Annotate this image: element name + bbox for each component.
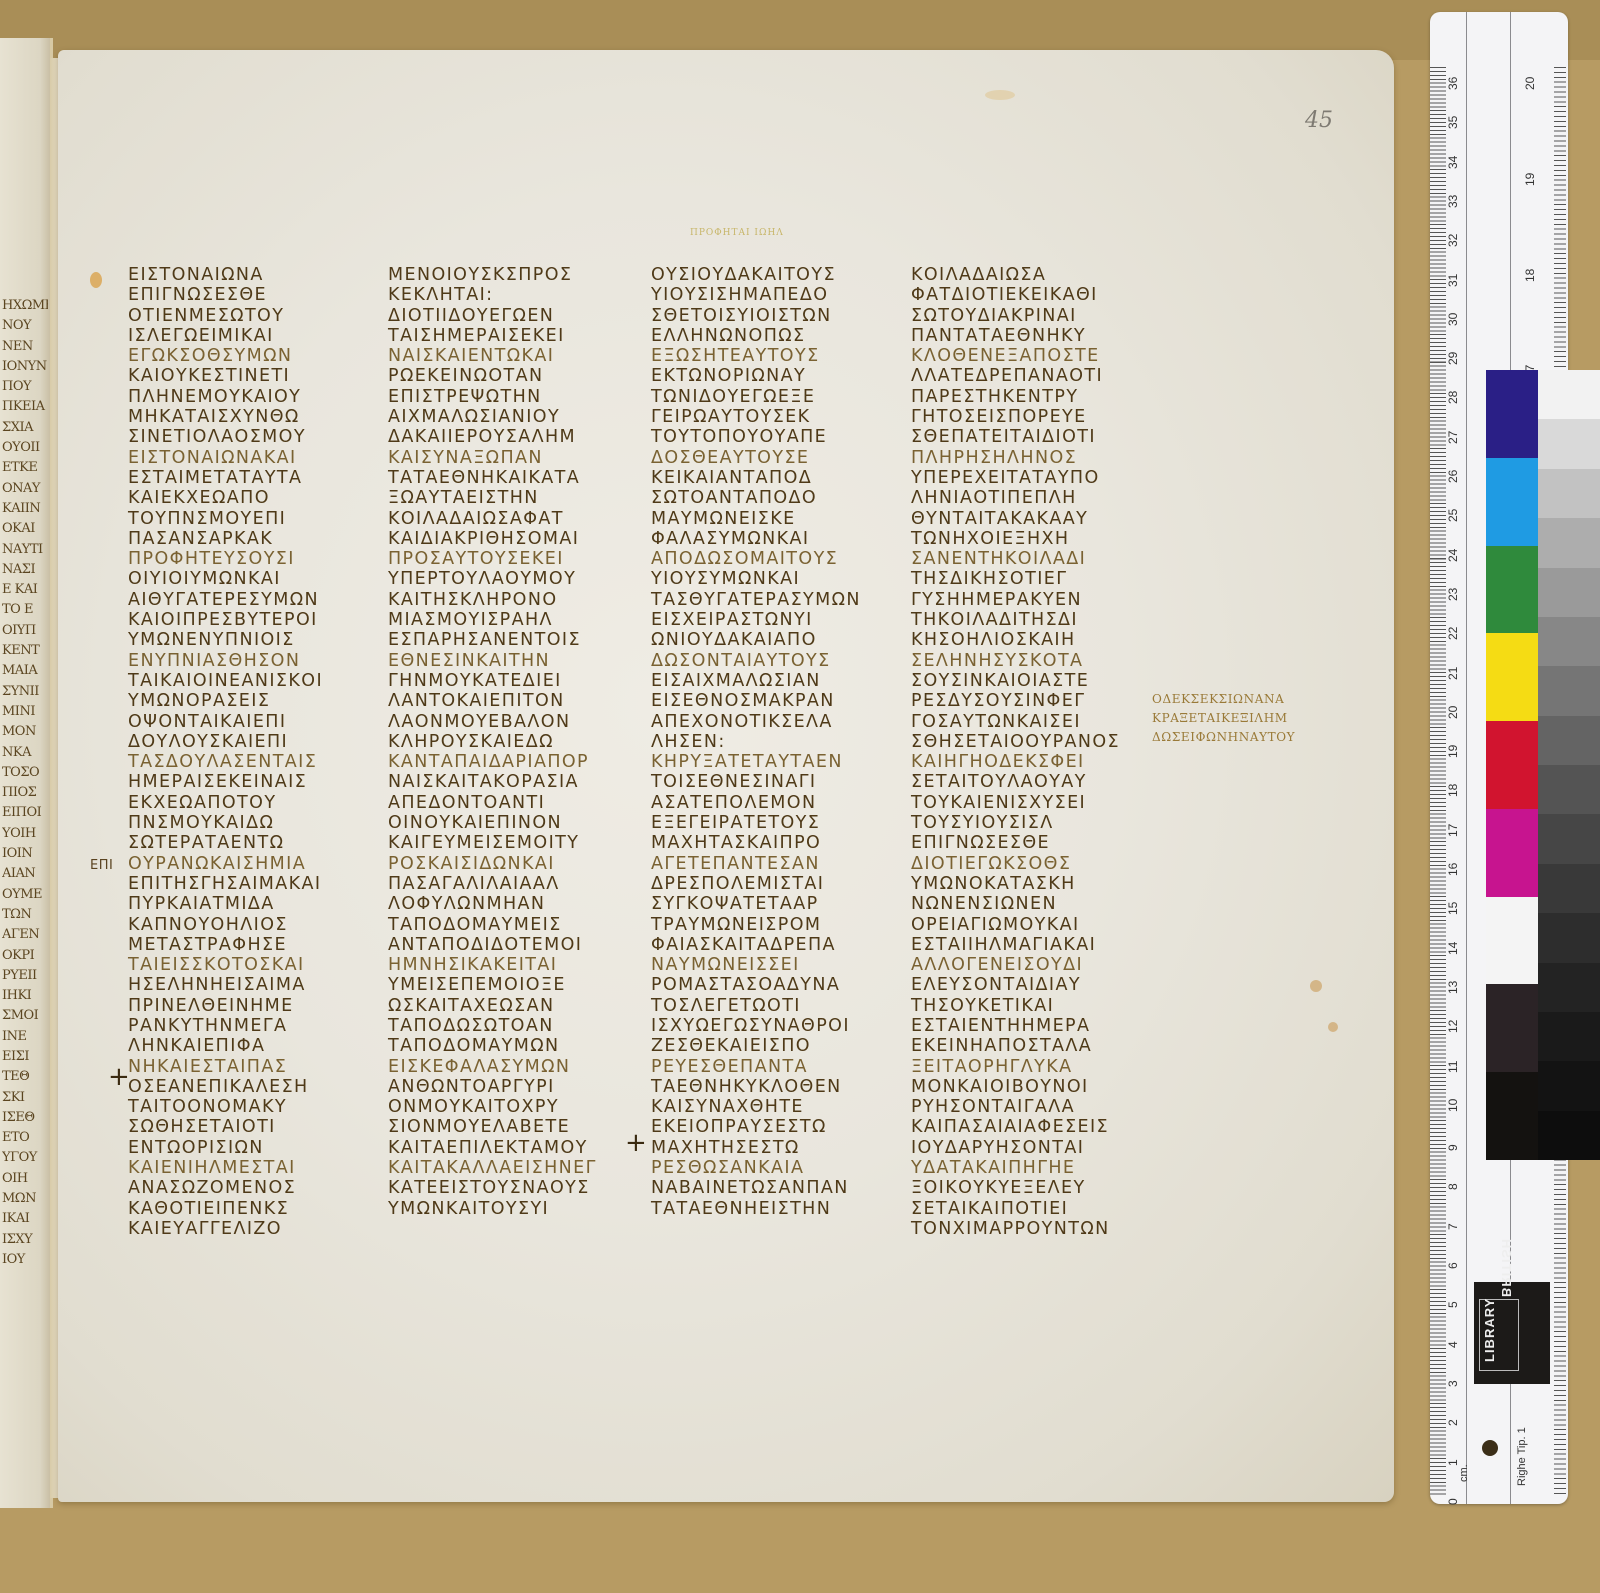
ruler-cm-label: 13: [1446, 981, 1460, 994]
ruler-cm-label: 15: [1446, 902, 1460, 915]
ruler-inch-label: 20: [1523, 77, 1537, 90]
logo-text-british: BRITISH: [1499, 1238, 1514, 1297]
text-line: ΕΣΠΑΡΗΣΑΝΕΝΤΟΙΣ: [388, 630, 648, 650]
facing-text-line: ΣΥΝΙΙ: [2, 682, 48, 702]
text-line: ΑΣΑΤΕΠΟΛΕΜΟΝ: [651, 793, 911, 813]
ruler-cm-label: 21: [1446, 666, 1460, 679]
ruler-cm-label: 24: [1446, 548, 1460, 561]
text-line: ΤΑΙΕΙΣΣΚΟΤΟΣΚΑΙ: [128, 955, 388, 975]
ruler-cm-label: 0: [1446, 1498, 1460, 1505]
text-line: ΤΑΕΘΝΗΚΥΚΛΟΘΕΝ: [651, 1077, 911, 1097]
text-line: ΝΑΙΣΚΑΙΤΑΚΟΡΑΣΙΑ: [388, 772, 648, 792]
facing-text-line: ΕΤΟ: [2, 1128, 48, 1148]
text-line: ΔΑΚΑΙΙΕΡΟΥΣΑΛΗΜ: [388, 427, 648, 447]
text-line: ΓΗΝΜΟΥΚΑΤΕΔΙΕΙ: [388, 671, 648, 691]
stain: [985, 90, 1015, 100]
text-line: ΡΕΥΕΣΘΕΠΑΝΤΑ: [651, 1057, 911, 1077]
text-line: ΤΟΙΣΕΘΝΕΣΙΝΑΓΙ: [651, 772, 911, 792]
color-swatch: [1486, 458, 1538, 546]
text-line: ΤΩΝΗΧΟΙΕΞΗΧΗ: [911, 529, 1171, 549]
facing-text-line: ΤΩΝ: [2, 905, 48, 925]
text-line: ΣΩΤΕΡΑΤΑΕΝΤΩ: [128, 833, 388, 853]
text-line: ΚΑΘΟΤΙΕΙΠΕΝΚΣ: [128, 1199, 388, 1219]
text-line: ΥΜΩΝΟΡΑΣΕΙΣ: [128, 691, 388, 711]
margin-note-line: ΟΔΕΚΣΕΚΣΙΩΝΑΝΑ: [1152, 690, 1295, 709]
text-line: ΚΟΙΛΑΔΑΙΩΣΑΦΑΤ: [388, 509, 648, 529]
text-line: ΠΝΣΜΟΥΚΑΙΔΩ: [128, 813, 388, 833]
text-line: ΤΩΝΙΔΟΥΕΓΩΕΞΕ: [651, 387, 911, 407]
facing-text-line: ΙΚΑΙ: [2, 1209, 48, 1229]
facing-text-line: Ε ΚΑΙ: [2, 580, 48, 600]
text-line: ΟΝΜΟΥΚΑΙΤΟΧΡΥ: [388, 1097, 648, 1117]
text-line: ΔΟΥΛΟΥΣΚΑΙΕΠΙ: [128, 732, 388, 752]
text-line: ΤΑΣΔΟΥΛΑΣΕΝΤΑΙΣ: [128, 752, 388, 772]
text-line: ΥΜΩΝΚΑΙΤΟΥΣΥΙ: [388, 1199, 648, 1219]
facing-text-line: ΟΥΟΙΙ: [2, 438, 48, 458]
facing-text-line: ΙΗΚΙ: [2, 986, 48, 1006]
text-line: ΠΡΟΦΗΤΕΥΣΟΥΣΙ: [128, 549, 388, 569]
text-line: ΘΥΝΤΑΙΤΑΚΑΚΑΑΥ: [911, 509, 1171, 529]
grey-step: [1538, 1111, 1600, 1160]
text-line: ΚΑΠΝΟΥΟΗΛΙΟΣ: [128, 915, 388, 935]
text-line: ΣΑΝΕΝΤΗΚΟΙΛΑΔΙ: [911, 549, 1171, 569]
cross-mark-icon: +: [625, 1128, 647, 1158]
text-line: ΚΑΙΣΥΝΑΞΩΠΑΝ: [388, 448, 648, 468]
text-line: ΗΜΕΡΑΙΣΕΚΕΙΝΑΙΣ: [128, 772, 388, 792]
left-margin-note: ΕΠΙ: [90, 858, 113, 873]
text-line: ΖΕΣΘΕΚΑΙΕΙΣΠΟ: [651, 1036, 911, 1056]
facing-page-text: ΗΧΩΜΕΝΟΥΝΕΝΙΟΝΥΝΠΟΥΠΚΕΙΑΣΧΙΑΟΥΟΙΙΕΤΚΕΟΝΑ…: [2, 296, 48, 1270]
grey-step: [1538, 518, 1600, 567]
color-swatch: [1486, 1072, 1538, 1160]
text-line: ΙΣΛΕΓΩΕΙΜΙΚΑΙ: [128, 326, 388, 346]
text-line: ΜΙΑΣΜΟΥΙΣΡΑΗΛ: [388, 610, 648, 630]
text-line: ΚΑΙΤΗΣΚΛΗΡΟΝΟ: [388, 590, 648, 610]
facing-text-line: ΝΟΥ: [2, 316, 48, 336]
text-line: ΣΕΛΗΝΗΣΥΣΚΟΤΑ: [911, 651, 1171, 671]
text-line: ΕΚΕΙΝΗΑΠΟΣΤΑΛΑ: [911, 1036, 1171, 1056]
text-line: ΓΗΤΟΣΕΙΣΠΟΡΕΥΕ: [911, 407, 1171, 427]
margin-note-line: ΚΡΑΞΕΤΑΙΚΕΞΙΛΗΜ: [1152, 709, 1295, 728]
text-line: ΚΑΙΕΝΙΗΛΜΕΣΤΑΙ: [128, 1158, 388, 1178]
grey-step: [1538, 666, 1600, 715]
cm-ticks: [1430, 67, 1446, 1497]
facing-text-line: ΠΟΥ: [2, 377, 48, 397]
text-line: ΤΑΠΟΔΟΜΑΥΜΕΙΣ: [388, 915, 648, 935]
ruler-cm-label: 28: [1446, 391, 1460, 404]
color-swatch: [1486, 633, 1538, 721]
text-line: ΤΑΙΚΑΙΟΙΝΕΑΝΙΣΚΟΙ: [128, 671, 388, 691]
ruler-inch-label: 18: [1523, 269, 1537, 282]
text-line: ΛΗΝΚΑΙΕΠΙΦΑ: [128, 1036, 388, 1056]
ruler-cm-label: 17: [1446, 823, 1460, 836]
text-line: ΕΚΤΩΝΟΡΙΩΝΑΥ: [651, 366, 911, 386]
text-line: ΚΑΙΟΥΚΕΣΤΙΝΕΤΙ: [128, 366, 388, 386]
text-line: ΜΕΤΑΣΤΡΑΦΗΣΕ: [128, 935, 388, 955]
text-line: ΕΘΝΕΣΙΝΚΑΙΤΗΝ: [388, 651, 648, 671]
facing-text-line: ΚΑΙΙΝ: [2, 499, 48, 519]
text-line: ΚΑΙΟΙΠΡΕΣΒΥΤΕΡΟΙ: [128, 610, 388, 630]
text-line: ΚΑΙΓΕΥΜΕΙΣΕΜΟΙΤΥ: [388, 833, 648, 853]
text-line: ΚΛΟΘΕΝΕΞΑΠΟΣΤΕ: [911, 346, 1171, 366]
ruler-cm-label: 30: [1446, 312, 1460, 325]
ruler-cm-label: 3: [1446, 1380, 1460, 1387]
text-line: ΜΑΧΗΤΑΣΚΑΙΠΡΟ: [651, 833, 911, 853]
facing-text-line: ΝΑΥΤΙ: [2, 540, 48, 560]
text-line: ΝΑΥΜΩΝΕΙΣΣΕΙ: [651, 955, 911, 975]
text-line: ΕΙΣΤΟΝΑΙΩΝΑ: [128, 265, 388, 285]
text-line: ΕΠΙΤΗΣΓΗΣΑΙΜΑΚΑΙ: [128, 874, 388, 894]
stain: [1310, 980, 1322, 992]
facing-page: ΗΧΩΜΕΝΟΥΝΕΝΙΟΝΥΝΠΟΥΠΚΕΙΑΣΧΙΑΟΥΟΙΙΕΤΚΕΟΝΑ…: [0, 38, 53, 1508]
text-line: ΕΠΙΓΝΩΣΕΣΘΕ: [128, 285, 388, 305]
ruler-cm-label: 27: [1446, 430, 1460, 443]
text-line: ΤΑΠΟΔΟΜΑΥΜΩΝ: [388, 1036, 648, 1056]
text-line: ΚΑΙΕΚΧΕΩΑΠΟ: [128, 488, 388, 508]
text-line: ΙΣΧΥΩΕΓΩΣΥΝΑΘΡΟΙ: [651, 1016, 911, 1036]
facing-text-line: ΣΜΟΙ: [2, 1006, 48, 1026]
text-line: ΕΣΤΑΙΙΗΛΜΑΓΙΑΚΑΙ: [911, 935, 1171, 955]
ruler-cm-label: 32: [1446, 234, 1460, 247]
facing-text-line: ΙΣΧΥ: [2, 1230, 48, 1250]
text-line: ΛΑΟΝΜΟΥΕΒΑΛΟΝ: [388, 712, 648, 732]
text-line: ΤΑΙΤΟΟΝΟΜΑΚΥ: [128, 1097, 388, 1117]
text-line: ΚΕΙΚΑΙΑΝΤΑΠΟΔ: [651, 468, 911, 488]
ruler-cm-label: 20: [1446, 705, 1460, 718]
text-line: ΥΔΑΤΑΚΑΙΠΗΓΗΕ: [911, 1158, 1171, 1178]
facing-text-line: ΙΟΙΝ: [2, 844, 48, 864]
text-line: ΕΞΩΣΗΤΕΑΥΤΟΥΣ: [651, 346, 911, 366]
color-swatch: [1486, 546, 1538, 634]
text-line: ΚΑΤΕΕΙΣΤΟΥΣΝΑΟΥΣ: [388, 1178, 648, 1198]
text-line: ΟΙΝΟΥΚΑΙΕΠΙΝΟΝ: [388, 813, 648, 833]
color-swatch: [1486, 984, 1538, 1072]
facing-text-line: ΑΙΑΝ: [2, 864, 48, 884]
text-line: ΣΘΕΤΟΙΣΥΙΟΙΣΤΩΝ: [651, 306, 911, 326]
text-line: ΠΑΡΕΣΤΗΚΕΝΤΡΥ: [911, 387, 1171, 407]
text-line: ΚΑΙΤΑΚΑΛΛΑΕΙΣΗΝΕΓ: [388, 1158, 648, 1178]
grey-step: [1538, 568, 1600, 617]
stain: [90, 272, 102, 288]
text-line: ΚΑΝΤΑΠΑΙΔΑΡΙΑΠΟΡ: [388, 752, 648, 772]
text-column-1: ΕΙΣΤΟΝΑΙΩΝΑΕΠΙΓΝΩΣΕΣΘΕΟΤΙΕΝΜΕΣΩΤΟΥΙΣΛΕΓΩ…: [128, 265, 388, 1239]
text-line: ΛΗΣΕΝ:: [651, 732, 911, 752]
text-line: ΚΑΙΕΥΑΓΓΕΛΙΖΟ: [128, 1219, 388, 1239]
facing-text-line: ΥΓΟΥ: [2, 1148, 48, 1168]
facing-text-line: ΙΟΝΥΝ: [2, 357, 48, 377]
facing-text-line: ΠΚΕΙΑ: [2, 397, 48, 417]
text-line: ΤΟΥΤΟΠΟΥΟΥΑΠΕ: [651, 427, 911, 447]
text-line: ΑΓΕΤΕΠΑΝΤΕΣΑΝ: [651, 854, 911, 874]
ruler-cm-label: 2: [1446, 1420, 1460, 1427]
text-line: ΝΩΝΕΝΣΙΩΝΕΝ: [911, 894, 1171, 914]
text-line: ΕΙΣΤΟΝΑΙΩΝΑΚΑΙ: [128, 448, 388, 468]
facing-text-line: ΗΧΩΜΕ: [2, 296, 48, 316]
text-column-2: ΜΕΝΟΙΟΥΣΚΣΠΡΟΣΚΕΚΛΗΤΑΙ:ΔΙΟΤΙΙΔΟΥΕΓΩΕΝΤΑΙ…: [388, 265, 648, 1219]
text-column-4: ΚΟΙΛΑΔΑΙΩΣΑΦΑΤΔΙΟΤΙΕΚΕΙΚΑΘΙΣΩΤΟΥΔΙΑΚΡΙΝΑ…: [911, 265, 1171, 1239]
margin-note-line: ΔΩΣΕΙΦΩΝΗΝΑΥΤΟΥ: [1152, 728, 1295, 747]
text-line: ΤΑΤΑΕΘΝΗΚΑΙΚΑΤΑ: [388, 468, 648, 488]
text-line: ΑΠΕΧΟΝΟΤΙΚΣΕΛΑ: [651, 712, 911, 732]
text-line: ΣΩΘΗΣΕΤΑΙΟΤΙ: [128, 1117, 388, 1137]
text-line: ΤΑΙΣΗΜΕΡΑΙΣΕΚΕΙ: [388, 326, 648, 346]
text-line: ΤΗΣΔΙΚΗΣΟΤΙΕΓ: [911, 569, 1171, 589]
text-line: ΡΕΣΔΥΣΟΥΣΙΝΦΕΓ: [911, 691, 1171, 711]
text-line: ΥΙΟΥΣΥΜΩΝΚΑΙ: [651, 569, 911, 589]
british-library-logo: LIBRARY BRITISH: [1474, 1282, 1550, 1384]
stain: [1328, 1022, 1338, 1032]
text-line: ΑΙΘΥΓΑΤΕΡΕΣΥΜΩΝ: [128, 590, 388, 610]
text-line: ΡΩΕΚΕΙΝΩΟΤΑΝ: [388, 366, 648, 386]
text-line: ΥΙΟΥΣΙΣΗΜΑΠΕΔΟ: [651, 285, 911, 305]
text-line: ΚΟΙΛΑΔΑΙΩΣΑ: [911, 265, 1171, 285]
facing-text-line: ΕΙΣΙ: [2, 1047, 48, 1067]
color-swatch: [1486, 897, 1538, 985]
ruler-unit-label: cm.: [1458, 1464, 1470, 1482]
text-line: ΦΑΙΑΣΚΑΙΤΑΔΡΕΠΑ: [651, 935, 911, 955]
text-line: ΤΑΠΟΔΩΣΩΤΟΑΝ: [388, 1016, 648, 1036]
text-line: ΔΙΟΤΙΙΔΟΥΕΓΩΕΝ: [388, 306, 648, 326]
text-line: ΠΛΗΝΕΜΟΥΚΑΙΟΥ: [128, 387, 388, 407]
facing-text-line: ΑΓΕΝ: [2, 925, 48, 945]
text-line: ΣΩΤΟΑΝΤΑΠΟΔΟ: [651, 488, 911, 508]
text-line: ΤΟΣΛΕΓΕΤΩΟΤΙ: [651, 996, 911, 1016]
text-line: ΥΠΕΡΕΧΕΙΤΑΤΑΥΠΟ: [911, 468, 1171, 488]
facing-text-line: ΟΚΑΙ: [2, 519, 48, 539]
running-title: ΠΡΟΦΗΤΑΙ ΙΩΗΛ: [690, 228, 784, 238]
text-line: ΛΟΦΥΛΩΝΜΗΑΝ: [388, 894, 648, 914]
text-line: ΗΜΝΗΣΙΚΑΚΕΙΤΑΙ: [388, 955, 648, 975]
grey-step: [1538, 1012, 1600, 1061]
facing-text-line: ΜΩΝ: [2, 1189, 48, 1209]
text-line: ΜΑΥΜΩΝΕΙΣΚΕ: [651, 509, 911, 529]
text-line: ΤΗΣΟΥΚΕΤΙΚΑΙ: [911, 996, 1171, 1016]
grey-step: [1538, 963, 1600, 1012]
text-line: ΤΟΝΧΙΜΑΡΡΟΥΝΤΩΝ: [911, 1219, 1171, 1239]
ruler-cm-label: 34: [1446, 155, 1460, 168]
facing-text-line: ΥΟΙΗ: [2, 824, 48, 844]
text-line: ΤΟΥΣΥΙΟΥΣΙΣΛ: [911, 813, 1171, 833]
text-line: ΡΟΣΚΑΙΣΙΔΩΝΚΑΙ: [388, 854, 648, 874]
text-line: ΟΙΥΙΟΙΥΜΩΝΚΑΙ: [128, 569, 388, 589]
ruler-cm-label: 6: [1446, 1262, 1460, 1269]
text-line: ΑΠΕΔΟΝΤΟΑΝΤΙ: [388, 793, 648, 813]
text-line: ΟΥΣΙΟΥΔΑΚΑΙΤΟΥΣ: [651, 265, 911, 285]
ruler-inch-label: 19: [1523, 173, 1537, 186]
facing-text-line: ΙΣΕΘ: [2, 1108, 48, 1128]
text-line: ΣΟΥΣΙΝΚΑΙΟΙΑΣΤΕ: [911, 671, 1171, 691]
text-line: ΑΠΟΔΩΣΟΜΑΙΤΟΥΣ: [651, 549, 911, 569]
color-calibration-chart: [1486, 370, 1600, 1160]
text-line: ΞΩΑΥΤΑΕΙΣΤΗΝ: [388, 488, 648, 508]
grey-step: [1538, 419, 1600, 468]
text-line: ΓΥΣΗΗΜΕΡΑΚΥΕΝ: [911, 590, 1171, 610]
text-line: ΝΑΒΑΙΝΕΤΩΣΑΝΠΑΝ: [651, 1178, 911, 1198]
facing-text-line: ΙΝΕ: [2, 1027, 48, 1047]
text-line: ΡΟΜΑΣΤΑΣΟΑΔΥΝΑ: [651, 975, 911, 995]
ruler-cm-label: 19: [1446, 745, 1460, 758]
facing-text-line: ΝΑΣΙ: [2, 560, 48, 580]
ruler-cm-label: 22: [1446, 627, 1460, 640]
text-line: ΠΑΣΑΝΣΑΡΚΑΚ: [128, 529, 388, 549]
text-line: ΤΟΥΠΝΣΜΟΥΕΠΙ: [128, 509, 388, 529]
text-line: ΚΑΙΠΑΣΑΙΑΙΑΦΕΣΕΙΣ: [911, 1117, 1171, 1137]
facing-text-line: ΕΤΚΕ: [2, 458, 48, 478]
ruler-cm-label: 23: [1446, 588, 1460, 601]
ruler-cm-label: 12: [1446, 1020, 1460, 1033]
ruler-cm-label: 25: [1446, 509, 1460, 522]
facing-text-line: ΟΝΑΥ: [2, 479, 48, 499]
right-margin-note: ΟΔΕΚΣΕΚΣΙΩΝΑΝΑ ΚΡΑΞΕΤΑΙΚΕΞΙΛΗΜ ΔΩΣΕΙΦΩΝΗ…: [1152, 690, 1295, 747]
facing-text-line: ΟΥΜΕ: [2, 885, 48, 905]
text-line: ΡΕΣΘΩΣΑΝΚΑΙΑ: [651, 1158, 911, 1178]
text-line: ΠΑΝΤΑΤΑΕΘΝΗΚΥ: [911, 326, 1171, 346]
text-column-3: ΟΥΣΙΟΥΔΑΚΑΙΤΟΥΣΥΙΟΥΣΙΣΗΜΑΠΕΔΟΣΘΕΤΟΙΣΥΙΟΙ…: [651, 265, 911, 1219]
grey-step: [1538, 765, 1600, 814]
text-line: ΚΑΙΤΑΕΠΙΛΕΚΤΑΜΟΥ: [388, 1138, 648, 1158]
facing-text-line: ΣΧΙΑ: [2, 418, 48, 438]
facing-text-line: ΟΙΗ: [2, 1169, 48, 1189]
text-line: ΜΟΝΚΑΙΟΙΒΟΥΝΟΙ: [911, 1077, 1171, 1097]
ruler-hole: [1482, 1440, 1498, 1456]
text-line: ΟΨΟΝΤΑΙΚΑΙΕΠΙ: [128, 712, 388, 732]
grey-step: [1538, 370, 1600, 419]
text-line: ΜΕΝΟΙΟΥΣΚΣΠΡΟΣ: [388, 265, 648, 285]
text-line: ΕΞΕΓΕΙΡΑΤΕΤΟΥΣ: [651, 813, 911, 833]
text-line: ΓΕΙΡΩΑΥΤΟΥΣΕΚ: [651, 407, 911, 427]
text-line: ΕΝΤΩΟΡΙΣΙΩΝ: [128, 1138, 388, 1158]
facing-text-line: ΜΙΝΙ: [2, 702, 48, 722]
ruler-cm-label: 11: [1446, 1060, 1460, 1072]
facing-text-line: ΤΟ Ε: [2, 600, 48, 620]
text-line: ΣΩΤΟΥΔΙΑΚΡΙΝΑΙ: [911, 306, 1171, 326]
text-line: ΕΚΕΙΟΠΡΑΥΣΕΣΤΩ: [651, 1117, 911, 1137]
facing-text-line: ΕΙΠΟΙ: [2, 803, 48, 823]
text-line: ΠΡΙΝΕΛΘΕΙΝΗΜΕ: [128, 996, 388, 1016]
text-line: ΣΘΗΣΕΤΑΙΟΟΥΡΑΝΟΣ: [911, 732, 1171, 752]
text-line: ΜΑΧΗΤΗΣΕΣΤΩ: [651, 1138, 911, 1158]
text-line: ΝΑΙΣΚΑΙΕΝΤΩΚΑΙ: [388, 346, 648, 366]
color-swatch: [1486, 721, 1538, 809]
text-line: ΤΑΤΑΕΘΝΗΕΙΣΤΗΝ: [651, 1199, 911, 1219]
text-line: ΕΣΤΑΙΜΕΤΑΤΑΥΤΑ: [128, 468, 388, 488]
text-line: ΠΛΗΡΗΣΗΛΗΝΟΣ: [911, 448, 1171, 468]
facing-text-line: ΤΕΘ: [2, 1067, 48, 1087]
text-line: ΗΣΕΛΗΝΗΕΙΣΑΙΜΑ: [128, 975, 388, 995]
ruler-cm-label: 29: [1446, 352, 1460, 365]
text-line: ΣΕΤΑΙΤΟΥΛΑΟΥΑΥ: [911, 772, 1171, 792]
text-line: ΕΙΣΑΙΧΜΑΛΩΣΙΑΝ: [651, 671, 911, 691]
text-line: ΝΗΚΑΙΕΣΤΑΙΠΑΣ: [128, 1057, 388, 1077]
text-line: ΚΕΚΛΗΤΑΙ:: [388, 285, 648, 305]
text-line: ΜΗΚΑΤΑΙΣΧΥΝΘΩ: [128, 407, 388, 427]
ruler-cm-label: 31: [1446, 273, 1460, 286]
text-line: ΞΟΙΚΟΥΚΥΕΞΕΛΕΥ: [911, 1178, 1171, 1198]
text-line: ΕΙΣΕΘΝΟΣΜΑΚΡΑΝ: [651, 691, 911, 711]
text-line: ΑΝΤΑΠΟΔΙΔΟΤΕΜΟΙ: [388, 935, 648, 955]
text-line: ΕΠΙΣΤΡΕΨΩΤΗΝ: [388, 387, 648, 407]
text-line: ΦΑΛΑΣΥΜΩΝΚΑΙ: [651, 529, 911, 549]
text-line: ΚΑΙΗΓΗΟΔΕΚΣΦΕΙ: [911, 752, 1171, 772]
ruler-cm-label: 9: [1446, 1144, 1460, 1151]
text-line: ΥΠΕΡΤΟΥΛΑΟΥΜΟΥ: [388, 569, 648, 589]
text-line: ΟΡΕΙΑΓΙΩΜΟΥΚΑΙ: [911, 915, 1171, 935]
facing-text-line: ΠΙΟΣ: [2, 783, 48, 803]
text-line: ΣΕΤΑΙΚΑΙΠΟΤΙΕΙ: [911, 1199, 1171, 1219]
text-line: ΦΑΤΔΙΟΤΙΕΚΕΙΚΑΘΙ: [911, 285, 1171, 305]
text-line: ΚΗΣΟΗΛΙΟΣΚΑΙΗ: [911, 630, 1171, 650]
text-line: ΕΚΧΕΩΑΠΟΤΟΥ: [128, 793, 388, 813]
text-line: ΛΗΝΙΑΟΤΙΠΕΠΛΗ: [911, 488, 1171, 508]
color-swatch: [1486, 370, 1538, 458]
text-line: ΚΛΗΡΟΥΣΚΑΙΕΔΩ: [388, 732, 648, 752]
text-line: ΩΣΚΑΙΤΑΧΕΩΣΑΝ: [388, 996, 648, 1016]
text-line: ΥΜΕΙΣΕΠΕΜΟΙΟΞΕ: [388, 975, 648, 995]
facing-text-line: ΤΟΣΟ: [2, 763, 48, 783]
facing-text-line: ΜΑΙΑ: [2, 661, 48, 681]
text-line: ΙΟΥΔΑΡΥΗΣΟΝΤΑΙ: [911, 1138, 1171, 1158]
text-line: ΟΣΕΑΝΕΠΙΚΑΛΕΣΗ: [128, 1077, 388, 1097]
text-line: ΕΙΣΧΕΙΡΑΣΤΩΝΥΙ: [651, 610, 911, 630]
ruler-cm-label: 35: [1446, 116, 1460, 129]
text-line: ΞΕΙΤΑΟΡΗΓΛΥΚΑ: [911, 1057, 1171, 1077]
text-line: ΔΙΟΤΙΕΓΩΚΣΟΘΣ: [911, 854, 1171, 874]
ruler-cm-label: 4: [1446, 1341, 1460, 1348]
text-line: ΚΗΡΥΞΑΤΕΤΑΥΤΑΕΝ: [651, 752, 911, 772]
facing-text-line: ΝΚΑ: [2, 743, 48, 763]
facing-text-line: ΟΙΥΠ: [2, 621, 48, 641]
text-line: ΕΝΥΠΝΙΑΣΘΗΣΟΝ: [128, 651, 388, 671]
text-line: ΔΡΕΣΠΟΛΕΜΙΣΤΑΙ: [651, 874, 911, 894]
folio-number: 45: [1305, 108, 1333, 133]
text-line: ΔΩΣΟΝΤΑΙΑΥΤΟΥΣ: [651, 651, 911, 671]
cross-mark-icon: +: [108, 1062, 130, 1092]
text-line: ΠΑΣΑΓΑΛΙΛΑΙΑΑΛ: [388, 874, 648, 894]
facing-text-line: ΝΕΝ: [2, 337, 48, 357]
logo-text-library: LIBRARY: [1482, 1298, 1497, 1362]
text-line: ΑΙΧΜΑΛΩΣΙΑΝΙΟΥ: [388, 407, 648, 427]
text-line: ΤΟΥΚΑΙΕΝΙΣΧΥΣΕΙ: [911, 793, 1171, 813]
text-line: ΣΘΕΠΑΤΕΙΤΑΙΔΙΟΤΙ: [911, 427, 1171, 447]
text-line: ΑΝΘΩΝΤΟΑΡΓΥΡΙ: [388, 1077, 648, 1097]
grey-step: [1538, 864, 1600, 913]
color-swatch: [1486, 809, 1538, 897]
text-line: ΑΛΛΟΓΕΝΕΙΣΟΥΔΙ: [911, 955, 1171, 975]
grey-step: [1538, 469, 1600, 518]
text-line: ΕΙΣΚΕΦΑΛΑΣΥΜΩΝ: [388, 1057, 648, 1077]
ruler-cm-label: 16: [1446, 863, 1460, 876]
grey-step: [1538, 1061, 1600, 1110]
ruler-cm-label: 5: [1446, 1302, 1460, 1309]
ruler-divider: [1466, 12, 1467, 1504]
text-line: ΟΤΙΕΝΜΕΣΩΤΟΥ: [128, 306, 388, 326]
grey-step: [1538, 913, 1600, 962]
ruler-cm-label: 8: [1446, 1184, 1460, 1191]
facing-text-line: ΣΚΙ: [2, 1088, 48, 1108]
text-line: ΣΙΝΕΤΙΟΛΑΟΣΜΟΥ: [128, 427, 388, 447]
text-line: ΣΙΟΝΜΟΥΕΛΑΒΕΤΕ: [388, 1117, 648, 1137]
facing-text-line: ΙΟΥ: [2, 1250, 48, 1270]
text-line: ΤΡΑΥΜΩΝΕΙΣΡΟΜ: [651, 915, 911, 935]
ruler-cm-label: 26: [1446, 470, 1460, 483]
ruler-cm-label: 33: [1446, 195, 1460, 208]
text-line: ΕΣΤΑΙΕΝΤΗΗΜΕΡΑ: [911, 1016, 1171, 1036]
facing-text-line: ΟΚΡΙ: [2, 946, 48, 966]
text-line: ΛΛΑΤΕΔΡΕΠΑΝΑΟΤΙ: [911, 366, 1171, 386]
ruler-cm-label: 10: [1446, 1098, 1460, 1111]
text-line: ΤΑΣΘΥΓΑΤΕΡΑΣΥΜΩΝ: [651, 590, 911, 610]
text-line: ΔΟΣΘΕΑΥΤΟΥΣΕ: [651, 448, 911, 468]
